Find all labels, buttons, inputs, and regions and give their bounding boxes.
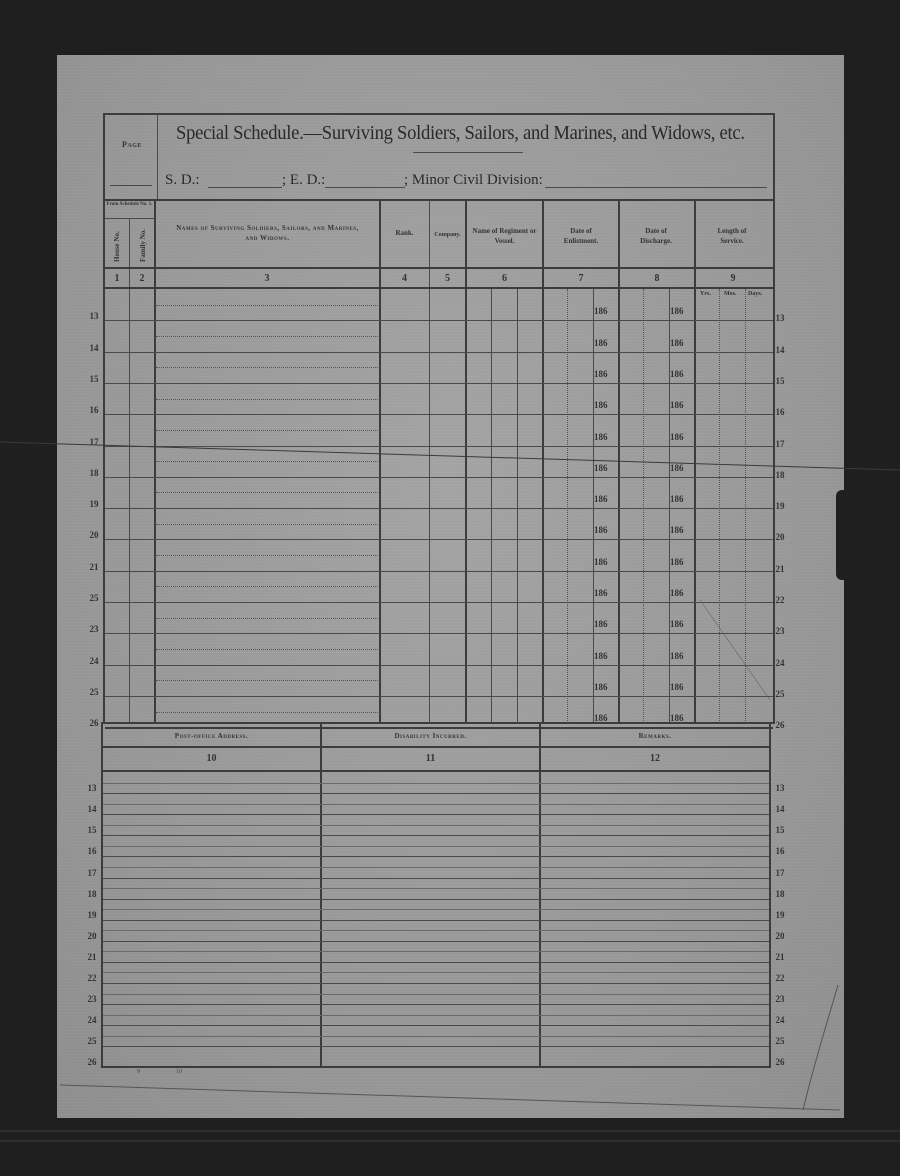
scan-artifact-lines [0, 0, 900, 1176]
